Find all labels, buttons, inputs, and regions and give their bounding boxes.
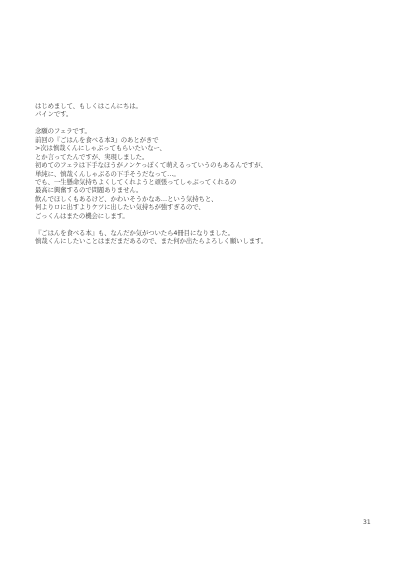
- page-number: 31: [363, 519, 371, 526]
- blank-line: [35, 220, 375, 228]
- text-line: とか言ってたんですが、実現しました。: [35, 153, 375, 161]
- text-line: 初めてのフェラは下手なほうがノンケっぽくて萌えるっていうのもあるんですが、: [35, 161, 375, 169]
- text-line: 飲んでほしくもあるけど、かわいそうかなあ…という気持ちと、: [35, 195, 375, 203]
- text-line: 慎哉くんにしたいことはまだまだあるので、また何か出たらよろしく願いします。: [35, 237, 375, 245]
- text-line: はじめまして、もしくはこんにちは。: [35, 102, 375, 110]
- text-line: >次は慎哉くんにしゃぶってもらいたいなー、: [35, 144, 375, 152]
- text-line: 『ごはんを食べる本』も、なんだか気がついたら4冊目になりました。: [35, 229, 375, 237]
- text-line: 念願のフェラです。: [35, 127, 375, 135]
- text-line: 単純に、慎哉くんしゃぶるの下手そうだなって…。: [35, 170, 375, 178]
- text-line: 何よりロに出すよりケツに出したい気持ちが強すぎるので、: [35, 203, 375, 211]
- text-line: 前回の『ごはんを食べる本3』のあとがきで: [35, 136, 375, 144]
- text-line: ごっくんはまたの機会にします。: [35, 212, 375, 220]
- text-line: 最高に興奮するので問題ありません。: [35, 186, 375, 194]
- afterword-text: はじめまして、もしくはこんにちは。 パインです。 念願のフェラです。 前回の『ご…: [35, 102, 375, 245]
- text-line: パインです。: [35, 110, 375, 118]
- document-page: はじめまして、もしくはこんにちは。 パインです。 念願のフェラです。 前回の『ご…: [0, 0, 400, 565]
